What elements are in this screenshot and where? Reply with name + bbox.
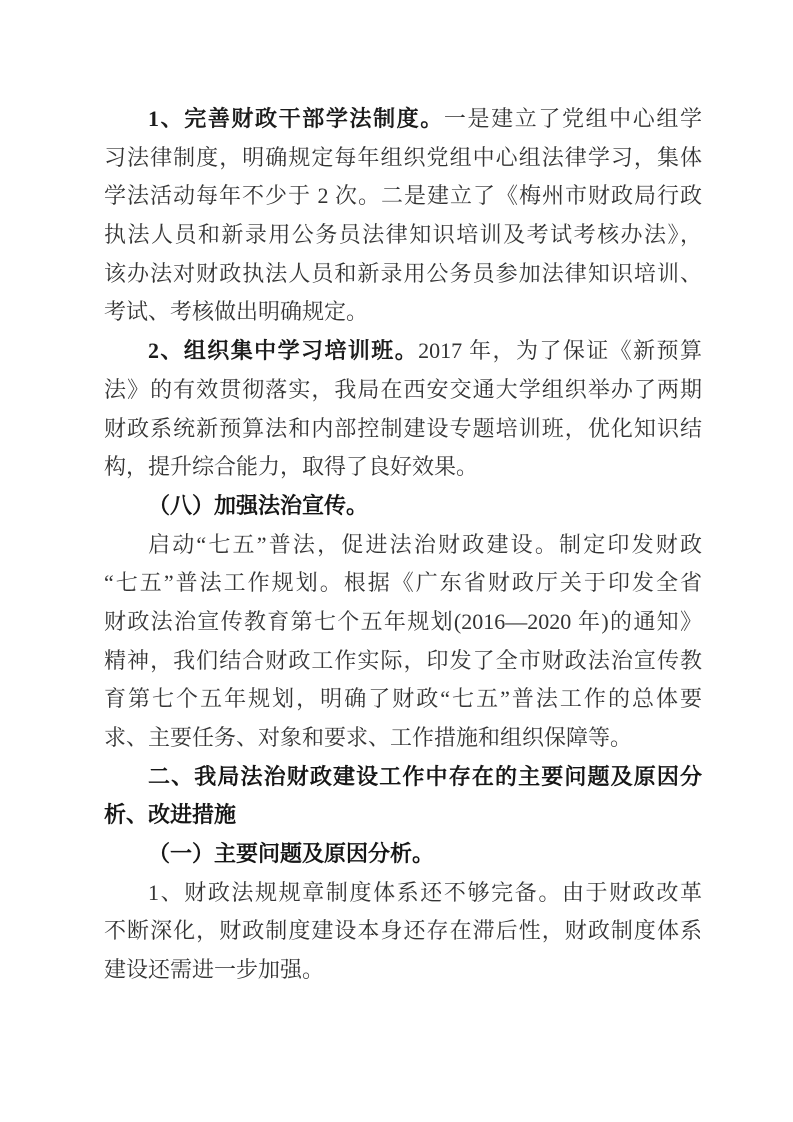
text-line: 精神，我们结合财政工作实际，印发了全市财政法治宣传教	[104, 642, 702, 681]
text-run: 执法人员和新录用公务员法律知识培训及考试考核办法》，	[104, 222, 702, 247]
text-run: 学法活动每年不少于 2 次。二是建立了《梅州市财政局行政	[104, 183, 702, 208]
text-run: 该办法对财政执法人员和新录用公务员参加法律知识培训、	[104, 261, 702, 286]
para-4-regulation-system-incomplete: 1、财政法规规章制度体系还不够完备。由于财政改革不断深化，财政制度建设本身还存在…	[104, 874, 702, 990]
text-run: 求、主要任务、对象和要求、工作措施和组织保障等。	[104, 725, 632, 750]
text-line: 财政系统新预算法和内部控制建设专题培训班，优化知识结	[104, 410, 702, 449]
text-line: 建设还需进一步加强。	[104, 951, 702, 990]
text-line: 1、财政法规规章制度体系还不够完备。由于财政改革	[104, 874, 702, 913]
text-run: 不断深化，财政制度建设本身还存在滞后性，财政制度体系	[104, 918, 702, 943]
text-line: 求、主要任务、对象和要求、工作措施和组织保障等。	[104, 719, 702, 758]
text-line: 育第七个五年规划，明确了财政“七五”普法工作的总体要	[104, 680, 702, 719]
text-line: 法》的有效贯彻落实，我局在西安交通大学组织举办了两期	[104, 371, 702, 410]
text-line: 学法活动每年不少于 2 次。二是建立了《梅州市财政局行政	[104, 177, 702, 216]
text-run: 财政法治宣传教育第七个五年规划(2016—2020 年)的通知》	[104, 609, 702, 634]
para-1-cadre-law-study-system: 1、完善财政干部学法制度。一是建立了党组中心组学习法律制度，明确规定每年组织党组…	[104, 100, 702, 332]
text-run: 考试、考核做出明确规定。	[104, 299, 368, 324]
heading-8-strengthen-legal-publicity: （八）加强法治宣传。	[104, 487, 702, 526]
text-line: （八）加强法治宣传。	[104, 487, 702, 526]
text-run: 法》的有效贯彻落实，我局在西安交通大学组织举办了两期	[104, 377, 702, 402]
text-run: 精神，我们结合财政工作实际，印发了全市财政法治宣传教	[104, 648, 702, 673]
text-line: （一）主要问题及原因分析。	[104, 835, 702, 874]
text-line: 二、我局法治财政建设工作中存在的主要问题及原因分	[104, 758, 702, 797]
bold-text-run: （八）加强法治宣传。	[148, 493, 368, 518]
text-run: 构，提升综合能力，取得了良好效果。	[104, 454, 478, 479]
text-run: 启动“七五”普法，促进法治财政建设。制定印发财政	[148, 532, 702, 557]
document-page: 1、完善财政干部学法制度。一是建立了党组中心组学习法律制度，明确规定每年组织党组…	[0, 0, 793, 1122]
text-line: 析、改进措施	[104, 796, 702, 835]
heading-1-main-problems-analysis: （一）主要问题及原因分析。	[104, 835, 702, 874]
text-line: 1、完善财政干部学法制度。一是建立了党组中心组学	[104, 100, 702, 139]
para-3-qiwu-law-popularization: 启动“七五”普法，促进法治财政建设。制定印发财政“七五”普法工作规划。根据《广东…	[104, 526, 702, 758]
text-line: 考试、考核做出明确规定。	[104, 293, 702, 332]
text-run: 1、财政法规规章制度体系还不够完备。由于财政改革	[148, 880, 702, 905]
bold-text-run: 析、改进措施	[104, 802, 236, 827]
text-line: 该办法对财政执法人员和新录用公务员参加法律知识培训、	[104, 255, 702, 294]
text-run: 建设还需进一步加强。	[104, 957, 324, 982]
text-line: 不断深化，财政制度建设本身还存在滞后性，财政制度体系	[104, 912, 702, 951]
bold-text-run: 二、我局法治财政建设工作中存在的主要问题及原因分	[148, 764, 702, 789]
text-run: 一是建立了党组中心组学	[444, 106, 702, 131]
text-line: “七五”普法工作规划。根据《广东省财政厅关于印发全省	[104, 564, 702, 603]
text-block: 1、完善财政干部学法制度。一是建立了党组中心组学习法律制度，明确规定每年组织党组…	[104, 100, 702, 990]
heading-2-main-problems-and-measures: 二、我局法治财政建设工作中存在的主要问题及原因分析、改进措施	[104, 758, 702, 835]
bold-text-run: 1、完善财政干部学法制度。	[148, 106, 444, 131]
text-line: 执法人员和新录用公务员法律知识培训及考试考核办法》，	[104, 216, 702, 255]
text-run: 财政系统新预算法和内部控制建设专题培训班，优化知识结	[104, 416, 702, 441]
text-line: 2、组织集中学习培训班。2017 年，为了保证《新预算	[104, 332, 702, 371]
text-line: 启动“七五”普法，促进法治财政建设。制定印发财政	[104, 526, 702, 565]
text-run: 2017 年，为了保证《新预算	[418, 338, 702, 363]
text-line: 习法律制度，明确规定每年组织党组中心组法律学习，集体	[104, 139, 702, 178]
text-run: 习法律制度，明确规定每年组织党组中心组法律学习，集体	[104, 145, 702, 170]
text-run: 育第七个五年规划，明确了财政“七五”普法工作的总体要	[104, 686, 702, 711]
para-2-centralized-training-class: 2、组织集中学习培训班。2017 年，为了保证《新预算法》的有效贯彻落实，我局在…	[104, 332, 702, 487]
text-line: 财政法治宣传教育第七个五年规划(2016—2020 年)的通知》	[104, 603, 702, 642]
text-line: 构，提升综合能力，取得了良好效果。	[104, 448, 702, 487]
bold-text-run: 2、组织集中学习培训班。	[148, 338, 418, 363]
text-run: “七五”普法工作规划。根据《广东省财政厅关于印发全省	[104, 570, 702, 595]
bold-text-run: （一）主要问题及原因分析。	[148, 841, 434, 866]
